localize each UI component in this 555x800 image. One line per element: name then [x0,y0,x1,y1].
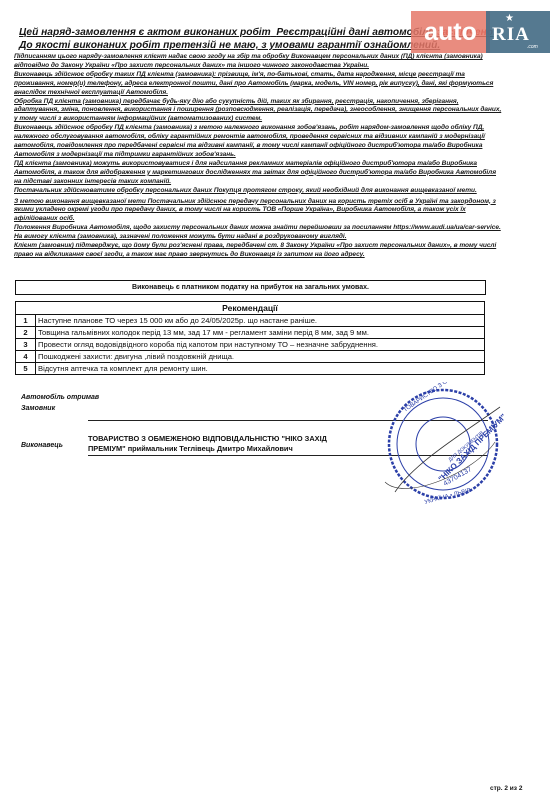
ria-logo-text: RIA [492,24,530,46]
consent-paragraph: Обробка ПД клієнта (замовника) передбача… [14,98,504,125]
row-text: Наступне планове ТО через 15 000 км або … [36,315,485,327]
row-number: 5 [16,363,36,375]
executor-name-line-2: ПРЕМІУМ" приймальник Теглівець Дмитро Ми… [88,444,327,454]
row-number: 2 [16,327,36,339]
header-line-2: До якості виконаних робіт претензій не м… [19,40,440,51]
row-number: 3 [16,339,36,351]
executor-label: Виконавець [21,442,63,449]
row-text: Пошкоджені захисти: двигуна ,лівий поздо… [36,351,485,363]
star-icon: ★ [505,13,514,24]
auto-logo-text: auto [424,18,477,46]
table-row: 5 Відсутня аптечка та комплект для ремон… [16,363,485,375]
table-row: 2 Товщина гальмівних колодок перід 13 мм… [16,327,485,339]
consent-paragraph: Виконавець здійснює обробку таких ПД клі… [14,71,504,98]
consent-section: Підписанням цього наряду-замовлення кліє… [14,53,504,260]
page-number: стр. 2 из 2 [490,785,522,792]
tax-notice-text: Виконавець є платником податку на прибут… [132,284,369,291]
document-page: Цей наряд-замовлення є актом виконаних р… [0,0,555,800]
consent-paragraph: Підписанням цього наряду-замовлення кліє… [14,53,504,71]
consent-paragraph: Виконавець здійснює обробку ПД клієнта (… [14,124,504,160]
table-row: 1 Наступне планове ТО через 15 000 км аб… [16,315,485,327]
ria-watermark-logo: ★ RIA .com [486,11,550,53]
executor-name-line-1: ТОВАРИСТВО З ОБМЕЖЕНОЮ ВІДПОВІДАЛЬНІСТЮ … [88,434,327,444]
row-text: Провести огляд водовідвідного короба під… [36,339,485,351]
consent-paragraph: Положення Виробника Автомобіля, щодо зах… [14,224,504,242]
received-label: Автомобіль отримав [21,394,99,401]
executor-name: ТОВАРИСТВО З ОБМЕЖЕНОЮ ВІДПОВІДАЛЬНІСТЮ … [88,434,327,454]
row-number: 4 [16,351,36,363]
stamp-outer-text: ТОВАРИСТВО З ОБМЕЖЕНОЮ ВІДПОВІДАЛЬНІСТЮ [403,382,510,414]
customer-label: Замовник [21,405,55,412]
table-row: 3 Провести огляд водовідвідного короба п… [16,339,485,351]
stamp-center-text: "НІКО ЗАХІД ПРЕМІУМ" [437,412,509,484]
recommendations-title: Рекомендації [16,302,485,315]
consent-paragraph: Клієнт (замовник) підтверджує, що йому б… [14,242,504,260]
row-text: Товщина гальмівних колодок перід 13 мм, … [36,327,485,339]
auto-watermark-logo: auto [411,11,490,53]
recommendations-table: Рекомендації 1 Наступне планове ТО через… [15,301,485,375]
table-row: 4 Пошкоджені захисти: двигуна ,лівий поз… [16,351,485,363]
ria-logo-suffix: .com [527,44,538,50]
tax-notice-box: Виконавець є платником податку на прибут… [15,280,486,295]
consent-paragraph: Постачальник здійснюватиме обробку персо… [14,187,504,196]
consent-paragraph: З метою виконання вищевказаної мети Пост… [14,198,504,225]
row-number: 1 [16,315,36,327]
header-act-text: Цей наряд-замовлення є актом виконаних р… [19,27,271,38]
company-stamp-icon: ТОВАРИСТВО З ОБМЕЖЕНОЮ ВІДПОВІДАЛЬНІСТЮ … [375,382,510,512]
row-text: Відсутня аптечка та комплект для ремонту… [36,363,485,375]
consent-paragraph: ПД клієнта (замовника) можуть використов… [14,160,504,187]
